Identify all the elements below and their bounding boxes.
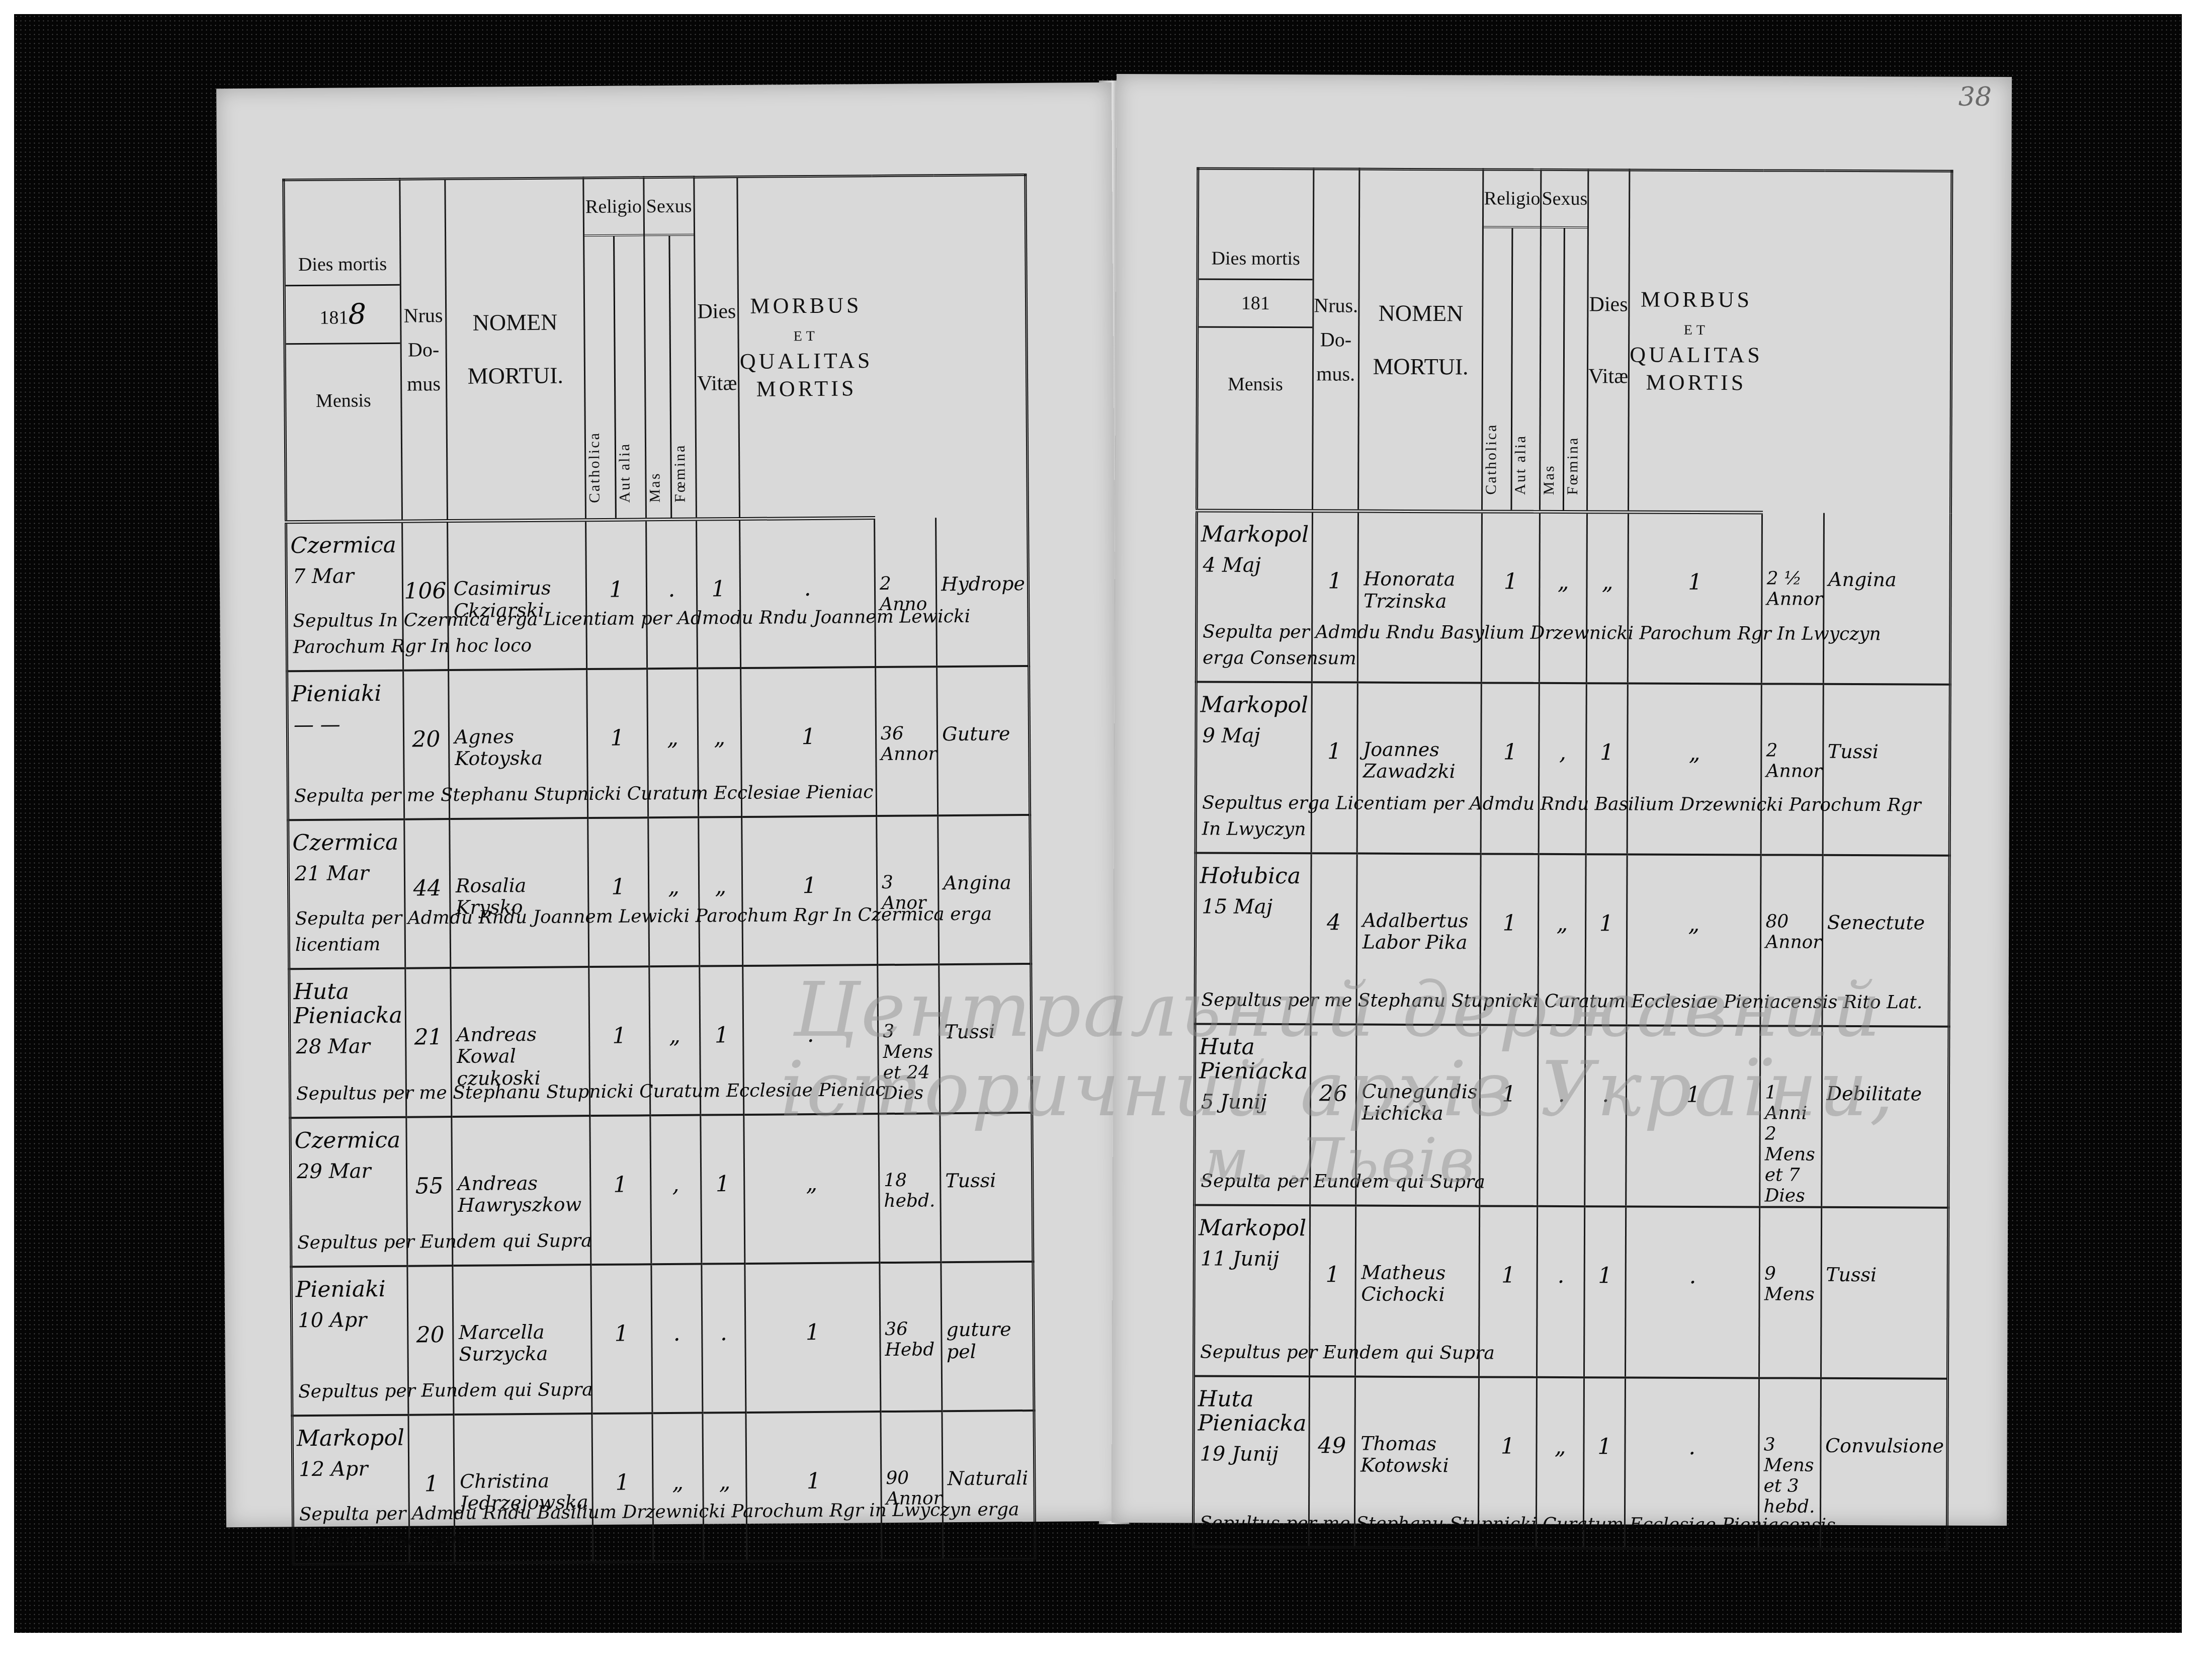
age-text: 90 Annor [881,1412,942,1509]
deceased-name-text: Matheus Cichocki [1356,1206,1479,1306]
mensis-label: Mensis [286,344,401,457]
register-entry: Czermica21 MarSepulta per Admdu Rndu Joa… [288,814,1031,968]
age-text: 2 Anno [875,518,936,615]
burial-note: Sepultus per Eundem qui Supra [1200,1340,1924,1368]
burial-note: Sepulta per Eundem qui Supra [1201,1169,1925,1197]
burial-note: Sepulta per me Stephanu Stupnicki Curatu… [294,778,1018,809]
catholica-mark: 1 [1483,513,1539,594]
cause-of-death-text: Tussi [940,965,1030,1043]
header-sexus: Sexus MasFœmina [643,177,696,520]
burial-note: Sepultus per me Stephanu Stupnicki Curat… [296,1076,1020,1107]
register-entry: Hołubica15 MajSepultus per me Stephanu S… [1195,853,1949,1026]
catholica-mark: 1 [1482,684,1539,765]
aut-alia-mark: „ [648,669,698,751]
age-text: 2 Annor [1762,685,1822,781]
age-text: 18 hebd. [879,1114,940,1211]
death-date: 19 Junij [1195,1436,1308,1466]
foemina-mark: . [740,520,874,602]
house-number-text: 44 [405,820,449,901]
catholica-label: Catholica [584,236,615,518]
house-number-text: 1 [1311,1206,1355,1287]
locality-date-cell: Hołubica15 MajSepultus per me Stephanu S… [1195,853,1311,1024]
register-entry: Markopol9 MajSepultus erga Licentiam per… [1196,682,1950,855]
age-text: 36 Hebd [880,1263,941,1360]
header-dies-mortis: Dies mortis 181 Mensis [1197,169,1314,511]
death-date: 4 Maj [1198,547,1312,577]
death-date: 10 Apr [293,1301,407,1333]
mas-mark: „ [699,817,741,899]
locality-date-cell: Pieniaki— —Sepulta per me Stephanu Stupn… [287,670,404,820]
catholica-mark: 1 [591,1265,651,1347]
register-entry: Czermica29 MarSepultus per Eundem qui Su… [290,1112,1033,1266]
header-dies-vitae: DiesVitæ [1587,170,1630,512]
catholica-label: Catholica [1483,228,1511,510]
catholica-mark: 1 [1480,1207,1537,1288]
foemina-mark: 1 [746,1264,880,1346]
foemina-mark: . [1627,1207,1759,1289]
locality-text: Czermica [287,523,402,558]
header-dies-vitae: DiesVitæ [694,177,740,520]
catholica-mark: 1 [587,670,647,751]
locality-date-cell: Markopol9 MajSepultus erga Licentiam per… [1196,682,1312,853]
catholica-mark: 1 [586,521,646,603]
aut-alia-mark: . [647,521,697,603]
header-nomen-mortui: NOMENMORTUI. [445,178,586,521]
house-number-text: 55 [407,1118,451,1199]
deceased-name-text: Honorata Trzinska [1358,513,1481,613]
burial-note: Sepultus In Czermica erga Licentiam per … [293,603,1017,660]
catholica-mark: 1 [1480,1378,1536,1459]
mas-mark: „ [698,669,740,751]
locality-text: Huta Pieniacka [1196,1025,1310,1084]
aut-alia-mark: „ [649,818,699,899]
house-number-text: 1 [409,1416,454,1497]
locality-text: Pieniaki [292,1267,407,1302]
header-sexus: Sexus MasFœmina [1540,170,1588,512]
house-number-text: 20 [408,1267,452,1348]
aut-alia-mark: , [651,1116,701,1197]
burial-note: Sepultus per Eundem qui Supra [298,1374,1023,1405]
foemina-mark: „ [745,1115,879,1197]
death-register-table-left: Dies mortis 1818 Mensis NrusDo-mus NOMEN… [282,174,1036,1565]
locality-date-cell: Markopol11 JunijSepultus per Eundem qui … [1194,1205,1310,1376]
deceased-name-text: Adalbertus Labor Pika [1357,854,1480,954]
catholica-mark: 1 [589,967,649,1049]
register-entry: Huta Pieniacka5 JunijSepulta per Eundem … [1195,1024,1949,1207]
header-religio: Religio CatholicaAut alia [1482,170,1541,512]
foemina-mark: . [743,966,877,1048]
register-entry: Huta Pieniacka28 MarSepultus per me Step… [289,963,1032,1117]
mas-mark: 1 [1585,1378,1625,1459]
cause-of-death-text: Debilitate [1822,1027,1947,1105]
mas-mark: . [1586,1026,1626,1107]
deceased-name-text: Agnes Kotoyska [449,670,586,770]
header-religio: Religio CatholicaAut alia [583,178,646,520]
cause-of-death-text: Hydrope [937,517,1027,595]
locality-date-cell: Huta Pieniacka19 JunijSepultus per me St… [1193,1376,1309,1547]
house-number-text: 106 [403,523,447,604]
mas-mark: 1 [701,1115,743,1197]
header-nrus-domus: NrusDo-mus [400,179,447,522]
locality-date-cell: Huta Pieniacka5 JunijSepulta per Eundem … [1195,1024,1311,1205]
age-text: 2 ½ Annor [1763,513,1823,609]
cause-of-death-text: Tussi [1824,685,1949,763]
foemina-label: Fœmina [1563,228,1587,510]
mas-mark: „ [1588,514,1628,595]
right-page: 38 Dies mortis 181 Mensis Nrus.Do-mus. N… [1112,74,2012,1526]
mas-label: Mas [1541,228,1564,510]
cause-of-death-text: Angina [1824,513,1949,591]
burial-note: Sepulta per Admdu Rndu Basylium Drzewnic… [1203,619,1927,674]
burial-note: Sepultus erga Licentiam per Admdu Rndu B… [1202,790,1926,845]
house-number-text: 20 [404,671,448,753]
locality-text: Pieniaki [288,671,403,706]
register-entry: Markopol11 JunijSepultus per Eundem qui … [1194,1205,1948,1378]
aut-alia-mark: „ [1541,514,1586,595]
locality-text: Czermica [289,820,404,855]
age-text: 80 Annor [1761,856,1822,952]
cause-of-death-text: Tussi [941,1113,1032,1191]
catholica-mark: 1 [1482,855,1538,936]
locality-date-cell: Czermica21 MarSepulta per Admdu Rndu Joa… [288,819,405,969]
aut-alia-mark: , [1540,684,1586,765]
locality-date-cell: Markopol4 MajSepulta per Admdu Rndu Basy… [1196,511,1312,682]
mas-mark: . [703,1264,745,1346]
aut-alia-mark: . [1539,1026,1584,1107]
locality-text: Markopol [1198,512,1312,547]
foemina-label: Fœmina [668,236,696,518]
locality-text: Hołubica [1197,854,1310,888]
age-text: 9 Mens [1760,1208,1821,1304]
register-entry: Czermica7 MarSepultus In Czermica erga L… [286,517,1029,671]
deceased-name-text: Andreas Kowal czukoski [451,968,589,1090]
death-date: 5 Junij [1196,1084,1310,1114]
deceased-name-text: Andreas Hawryszkow [452,1117,589,1217]
burial-note: Sepulta per Admdu Rndu Basilium Drzewnic… [299,1497,1024,1554]
cause-of-death-text: guture pel [942,1262,1033,1362]
foemina-mark: 1 [747,1413,881,1495]
locality-date-cell: Czermica29 MarSepultus per Eundem qui Su… [290,1117,407,1267]
house-number-text: 4 [1312,854,1356,935]
locality-text: Markopol [1198,683,1311,717]
catholica-mark: 1 [590,1116,650,1198]
aut-alia-mark: „ [653,1414,703,1495]
cause-of-death-text: Angina [939,816,1029,894]
house-number-text: 49 [1310,1377,1354,1458]
catholica-mark: 1 [592,1414,652,1496]
burial-note: Sepultus per me Stephanu Stupnicki Curat… [1200,1510,1924,1539]
age-text: 3 Anor [877,816,938,914]
mas-mark: 1 [1586,855,1627,936]
catholica-mark: 1 [1481,1026,1537,1107]
aut-alia-mark: „ [1539,855,1585,936]
locality-date-cell: Pieniaki10 AprSepultus per Eundem qui Su… [291,1266,408,1416]
header-nrus-domus: Nrus.Do-mus. [1312,169,1359,511]
register-entry: Markopol12 AprSepulta per Admdu Rndu Bas… [292,1410,1035,1564]
cause-of-death-text: Naturali [943,1411,1034,1489]
aut-alia-mark: . [652,1265,702,1346]
register-entry: Pieniaki10 AprSepultus per Eundem qui Su… [291,1261,1034,1415]
death-date: 15 Maj [1197,888,1310,919]
death-date: 9 Maj [1197,717,1311,748]
dies-mortis-label: Dies mortis [1199,238,1313,279]
locality-text: Huta Pieniacka [290,969,405,1028]
cause-of-death-text: Guture [938,667,1028,745]
house-number-text: 21 [406,969,450,1050]
house-number-text: 1 [1313,513,1357,594]
catholica-mark: 1 [588,818,648,900]
burial-note: Sepultus per Eundem qui Supra [297,1225,1022,1256]
aut-alia-label: Aut alia [1510,228,1540,510]
locality-text: Huta Pieniacka [1195,1377,1309,1436]
mas-mark: 1 [697,521,739,602]
mas-mark: 1 [700,966,742,1048]
locality-date-cell: Markopol12 AprSepulta per Admdu Rndu Bas… [292,1415,409,1564]
register-entry: Huta Pieniacka19 JunijSepultus per me St… [1193,1376,1947,1549]
year-label: 1818 [286,284,400,345]
folio-number: 38 [1959,82,1992,112]
mas-mark: „ [704,1413,746,1495]
cause-of-death-text: Senectute [1823,856,1948,934]
aut-alia-mark: „ [650,967,700,1048]
death-date: 29 Mar [292,1152,406,1184]
foemina-mark: 1 [1629,514,1762,595]
foemina-mark: . [1626,1378,1759,1460]
header-morbus: MORBUSETQUALITASMORTIS [737,176,875,519]
house-number-text: 26 [1311,1025,1355,1106]
mas-mark: 1 [1585,1207,1626,1288]
cause-of-death-text: Convulsione [1821,1379,1946,1457]
deceased-name-text: Cunegundis Lichicka [1356,1025,1479,1125]
aut-alia-label: Aut alia [613,236,645,518]
foemina-mark: 1 [742,817,876,899]
locality-text: Czermica [291,1118,406,1153]
aut-alia-mark: „ [1538,1378,1583,1459]
mas-label: Mas [645,236,670,518]
death-date: 7 Mar [288,557,402,589]
deceased-name-text: Thomas Kotowski [1355,1377,1478,1477]
death-date: 12 Apr [294,1450,408,1481]
locality-text: Markopol [1196,1206,1309,1240]
foemina-mark: „ [1628,855,1760,937]
locality-date-cell: Czermica7 MarSepultus In Czermica erga L… [286,521,403,671]
locality-text: Markopol [293,1416,408,1451]
header-morbus: MORBUSETQUALITASMORTIS [1629,170,1763,513]
death-date: 11 Junij [1196,1240,1309,1271]
death-register-table-right: Dies mortis 181 Mensis Nrus.Do-mus. NOME… [1192,167,1953,1550]
header-dies-mortis: Dies mortis 1818 Mensis [284,179,402,522]
deceased-name-text: Marcella Surzycka [453,1266,590,1366]
register-entry: Markopol4 MajSepulta per Admdu Rndu Basy… [1196,511,1950,684]
house-number-text: 1 [1312,683,1356,764]
aut-alia-mark: . [1538,1207,1584,1288]
death-date: 28 Mar [291,1028,405,1059]
year-label: 181 [1199,278,1312,328]
locality-date-cell: Huta Pieniacka28 MarSepultus per me Step… [289,968,406,1118]
age-text: 3 Mens et 3 hebd. [1759,1379,1820,1517]
death-date: — — [289,706,403,737]
mas-mark: 1 [1587,684,1627,765]
header-nomen-mortui: NOMENMORTUI. [1358,169,1483,512]
dies-mortis-label: Dies mortis [285,243,400,285]
foemina-mark: 1 [1627,1026,1760,1108]
death-date: 21 Mar [290,855,404,886]
age-text: 36 Annor [876,668,937,765]
cause-of-death-text: Tussi [1822,1208,1947,1286]
register-entry: Pieniaki— —Sepulta per me Stephanu Stupn… [287,666,1030,819]
left-page: Dies mortis 1818 Mensis NrusDo-mus NOMEN… [216,82,1122,1527]
deceased-name-text: Joannes Zawadzki [1358,683,1481,783]
foemina-mark: 1 [741,668,875,750]
burial-note: Sepulta per Admdu Rndu Joannem Lewicki P… [295,901,1019,958]
burial-note: Sepultus per me Stephanu Stupnicki Curat… [1202,987,1926,1016]
mensis-label: Mensis [1198,327,1312,441]
foemina-mark: „ [1629,684,1761,766]
